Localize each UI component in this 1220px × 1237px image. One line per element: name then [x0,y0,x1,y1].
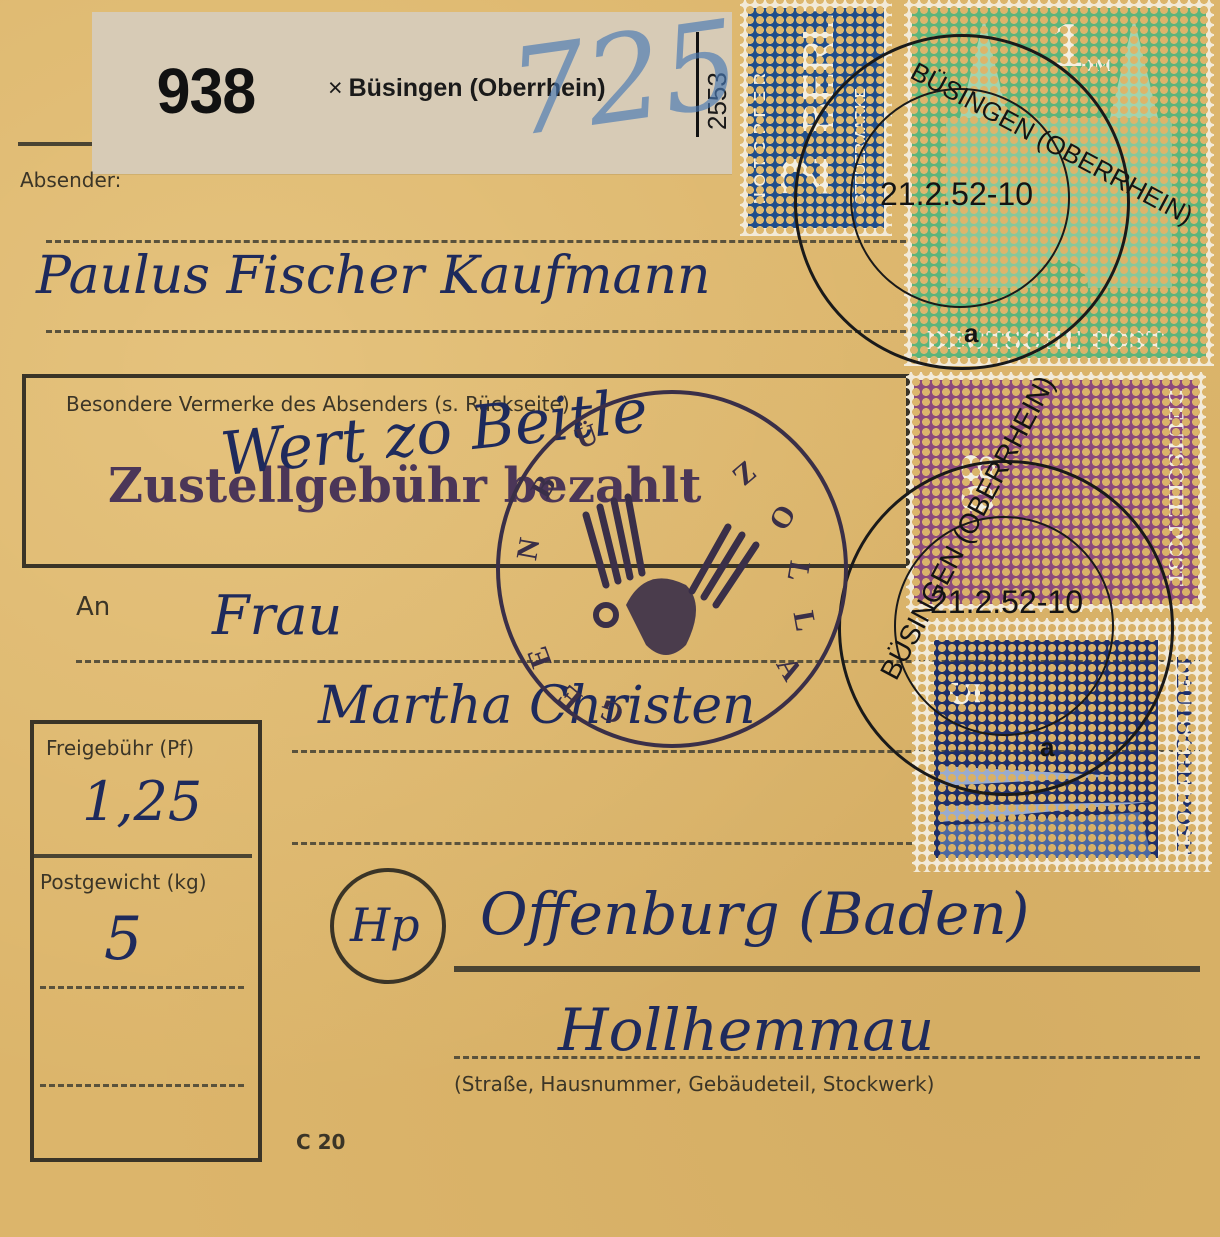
stamp-5-issuer: DEUTSCHE POST [1172,656,1196,854]
parcel-number: 938 [157,54,256,128]
fee-label: Freigebühr (Pf) [46,736,194,760]
form-code: C 20 [296,1130,345,1154]
sender-handwritten: Paulus Fischer Kaufmann [36,246,711,306]
cross-mark: × [328,74,343,102]
city-marker: Hp [350,898,420,952]
weight-value: 5 [104,904,142,974]
recipient-street: Hollhemmau [558,996,934,1064]
recipient-city: Offenburg (Baden) [480,880,1029,948]
postmark-top-date: 21.2.52-10 [880,176,1033,213]
stamp-notopfer-top: NOTOPFER [752,67,770,204]
city-underline [454,966,1200,972]
postmark-bottom-date: 21.2.52-10 [930,584,1083,621]
weight-label: Postgewicht (kg) [40,870,207,894]
postmark-top-letter: a [964,318,978,349]
fee-box-dots-1 [40,986,244,989]
sender-label: Absender: [20,168,121,192]
street-field-label: (Straße, Hausnummer, Gebäudeteil, Stockw… [454,1072,934,1096]
sender-line-2 [46,330,906,333]
top-rule [18,142,98,146]
sender-line-1 [46,240,906,243]
recipient-line-1: Frau [212,584,342,647]
recipient-line-3-rule [292,842,912,845]
parcel-card: 938 ×Büsingen (Oberrhein) 2553 725 Absen… [0,0,1220,1237]
street-rule [454,1056,1200,1059]
stamp-80-issuer: DEUTSCHE POST [1164,388,1188,586]
postmark-bottom-letter: a [1040,732,1054,763]
fee-value: 1,25 [82,770,202,833]
fee-box-dots-2 [40,1084,244,1087]
stamp-1dm-unit: DM [1080,56,1112,75]
recipient-label: An [76,592,110,622]
fee-box-divider [34,854,252,858]
